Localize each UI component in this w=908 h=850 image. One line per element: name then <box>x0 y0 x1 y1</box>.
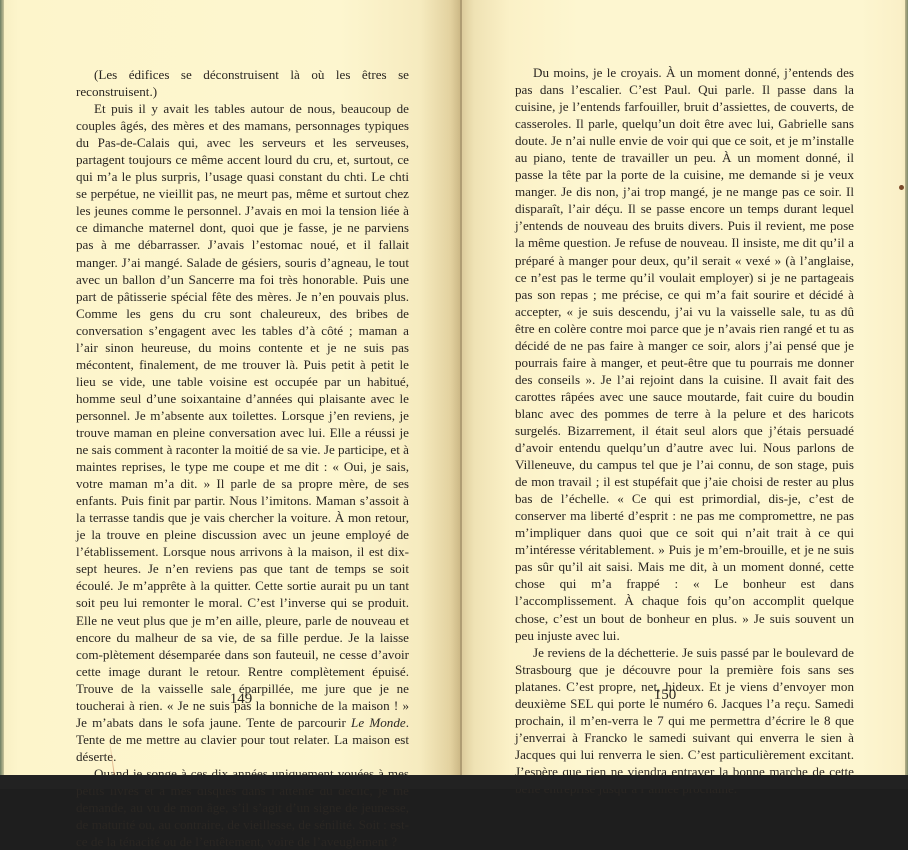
paragraph: Et puis il y avait les tables autour de … <box>76 100 409 765</box>
scanner-bottom-edge <box>0 775 908 789</box>
left-page-text: (Les édifices se déconstruisent là où le… <box>76 66 409 789</box>
paper-speck <box>899 185 904 190</box>
paragraph-text: Et puis il y avait les tables autour de … <box>76 101 409 730</box>
paragraph: Du moins, je le croyais. À un moment don… <box>515 64 854 644</box>
paragraph: Je reviens de la déchetterie. Je suis pa… <box>515 644 854 789</box>
paragraph: (Les édifices se déconstruisent là où le… <box>76 66 409 100</box>
right-page-text: Du moins, je le croyais. À un moment don… <box>515 64 854 789</box>
right-page: Du moins, je le croyais. À un moment don… <box>460 0 908 775</box>
open-book-spread: (Les édifices se déconstruisent là où le… <box>0 0 908 775</box>
page-number-right: 150 <box>635 687 695 704</box>
page-number-left: 149 <box>211 691 271 708</box>
left-page: (Les édifices se déconstruisent là où le… <box>0 0 460 775</box>
newspaper-title: Le Monde <box>351 715 406 730</box>
book-gutter <box>460 0 462 775</box>
